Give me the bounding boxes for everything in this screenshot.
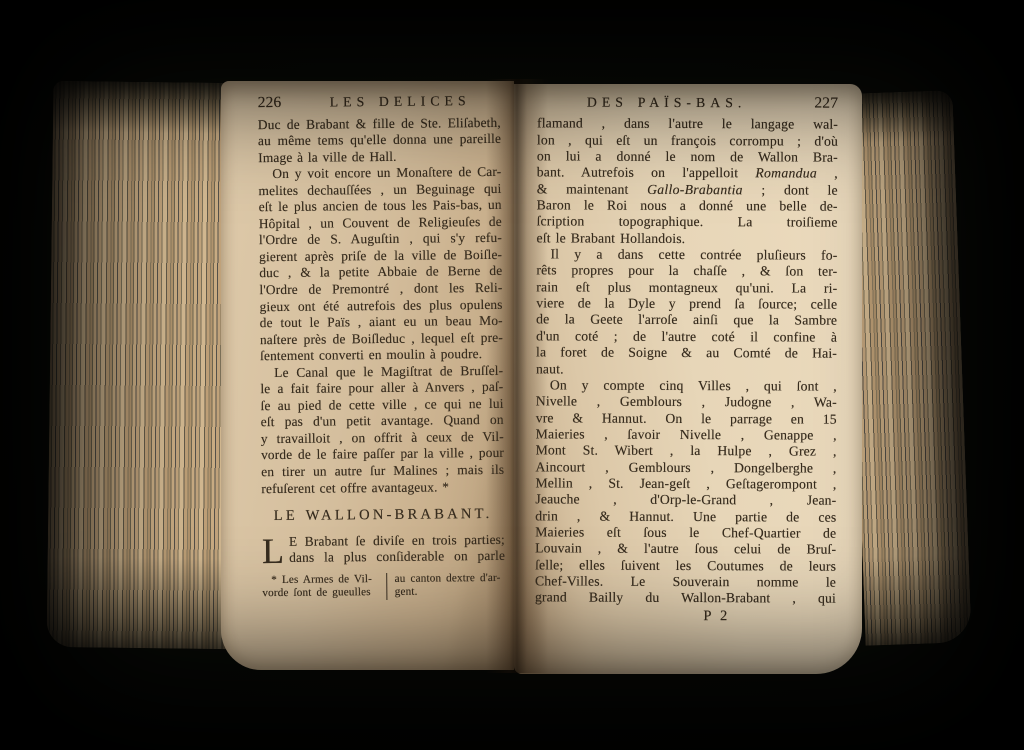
section-heading: LE WALLON-BRABANT. xyxy=(262,506,505,525)
footnote: * Les Armes de Vil-vorde ſont de gueulle… xyxy=(262,572,505,602)
section-paragraph: L E Brabant ſe diviſe en trois parties;d… xyxy=(262,531,505,566)
footnote-left-column: * Les Armes de Vil-vorde ſont de gueulle… xyxy=(262,573,387,601)
section-paragraph-lines: E Brabant ſe diviſe en trois parties;dan… xyxy=(262,531,505,566)
text-line: refuſerent cet offre avantageux. * xyxy=(261,478,504,497)
text-segment: & maintenant xyxy=(537,181,647,196)
text-line: On y voit encore un Monaſtere de Car- xyxy=(258,164,501,183)
paragraph: Duc de Brabant & fille de Ste. Eliſabeth… xyxy=(258,114,501,166)
text-line: au canton dextre d'ar- xyxy=(395,572,506,587)
text-line: au même tems qu'elle donna une pareille xyxy=(258,131,501,150)
text-line: de tout le Païs , aiant eu un beau Mo- xyxy=(260,313,503,332)
text-line: Mont St. Wibert , la Hulpe , Grez , xyxy=(536,443,837,461)
text-line: Mellin , St. Jean-geſt , Geſtagerompont … xyxy=(535,475,836,493)
text-line: dans la plus conſiderable on parle xyxy=(262,548,505,567)
text-line: la foret de Soigne & au Comté de Hai- xyxy=(536,344,837,362)
paragraph: On y voit encore un Monaſtere de Car-mel… xyxy=(258,164,503,365)
left-page-text: 226 LES DELICES Duc de Brabant & fille d… xyxy=(258,93,506,601)
right-running-head: DES PAÏS-BAS. 227 xyxy=(537,94,838,112)
text-line: vorde ſont de gueulles xyxy=(262,586,382,601)
drop-cap: L xyxy=(262,534,289,565)
text-line: on lui a donné le nom de Wallon Bra- xyxy=(537,148,838,166)
text-line: drin , & Hannut. Une partie de ces xyxy=(535,508,836,526)
text-segment: ; dont le xyxy=(743,182,838,197)
text-line: rain eſt plus montagneux qu'uni. La ri- xyxy=(536,279,837,297)
text-line: rêts propres pour la chaſſe , & ſon ter- xyxy=(536,263,837,281)
right-body-paragraphs: flamand , dans l'autre le langage wal-lo… xyxy=(535,116,838,608)
book-fore-edge-left xyxy=(47,81,234,649)
text-line: ſentement converti en moulin à poudre. xyxy=(260,346,503,365)
text-line: eſt le plus ancien de tous les Pais-bas,… xyxy=(259,197,502,216)
text-line: Maieries eſt ſous le Chef-Quartier de xyxy=(535,524,836,542)
right-page-text: DES PAÏS-BAS. 227 flamand , dans l'autre… xyxy=(535,94,838,624)
text-line: flamand , dans l'autre le langage wal- xyxy=(537,116,838,134)
text-line: grand Bailly du Wallon-Brabant , qui xyxy=(535,590,836,608)
left-body-paragraphs: Duc de Brabant & fille de Ste. Eliſabeth… xyxy=(258,114,505,497)
text-line: ſcription topographique. La troiſieme xyxy=(537,214,838,232)
right-page-number: 227 xyxy=(796,95,838,112)
paragraph: Le Canal que le Magiſtrat de Bruſſel-le … xyxy=(260,363,504,498)
text-line: Louvain , & l'autre ſous celui de Bruſ- xyxy=(535,541,836,559)
text-line: gent. xyxy=(395,585,506,600)
text-line: & maintenant Gallo-Brabantia ; dont le xyxy=(537,181,838,199)
text-line: l'Ordre de Premontré , dont les Reli- xyxy=(259,280,502,299)
text-line: bant. Autrefois on l'appelloit Romandua … xyxy=(537,165,838,183)
text-line: Baron le Roi nous a donné une belle de- xyxy=(537,197,838,215)
paragraph: Il y a dans cette contrée pluſieurs fo-r… xyxy=(536,246,838,378)
left-running-title: LES DELICES xyxy=(300,93,501,111)
text-segment: , xyxy=(817,166,838,181)
signature-mark: P 2 xyxy=(535,607,836,625)
right-running-title: DES PAÏS-BAS. xyxy=(537,94,796,111)
italic-text: Romandua xyxy=(755,166,817,181)
text-line: ſelle; elles ſuivent les Coutumes de leu… xyxy=(535,557,836,575)
text-line: On y compte cinq Villes , qui ſont , xyxy=(536,377,837,395)
paragraph: flamand , dans l'autre le langage wal-lo… xyxy=(536,116,838,248)
text-line: Jeauche , d'Orp-le-Grand , Jean- xyxy=(535,492,836,510)
text-line: Il y a dans cette contrée pluſieurs fo- xyxy=(536,246,837,264)
text-line: Maieries , ſavoir Nivelle , Genappe , xyxy=(536,426,837,444)
text-segment: bant. Autrefois on l'appelloit xyxy=(537,165,756,181)
text-line: eſt le Brabant Hollandois. xyxy=(536,230,837,248)
book-fore-edge-right xyxy=(846,90,971,645)
left-page-number: 226 xyxy=(258,95,300,112)
paragraph: On y compte cinq Villes , qui ſont ,Nive… xyxy=(535,377,837,607)
text-line: vre & Hannut. On le parrage en 15 xyxy=(536,410,837,428)
left-running-head: 226 LES DELICES xyxy=(258,93,501,112)
text-line: naut. xyxy=(536,361,837,379)
text-line: lon , qui eſt un françois corrompu ; d'o… xyxy=(537,132,838,150)
italic-text: Gallo-Brabantia xyxy=(647,182,743,197)
footnote-right-column: au canton dextre d'ar-gent. xyxy=(387,572,506,600)
photo-background: 226 LES DELICES Duc de Brabant & fille d… xyxy=(0,0,1024,750)
text-line: viere de la Dyle y prend ſa ſource; cell… xyxy=(536,295,837,313)
text-line: Nivelle , Gemblours , Judogne , Wa- xyxy=(536,394,837,412)
text-line: * Les Armes de Vil- xyxy=(262,573,382,588)
text-line: Aincourt , Gemblours , Dongelberghe , xyxy=(535,459,836,477)
text-line: en tirer un autre ſur Malines ; mais ils xyxy=(261,462,504,481)
text-line: d'un coté ; de l'autre coté il confine à xyxy=(536,328,837,346)
text-line: de la Geete l'arroſe ainſi que la Sambre xyxy=(536,312,837,330)
text-line: Chef-Villes. Le Souverain nomme le xyxy=(535,573,836,591)
